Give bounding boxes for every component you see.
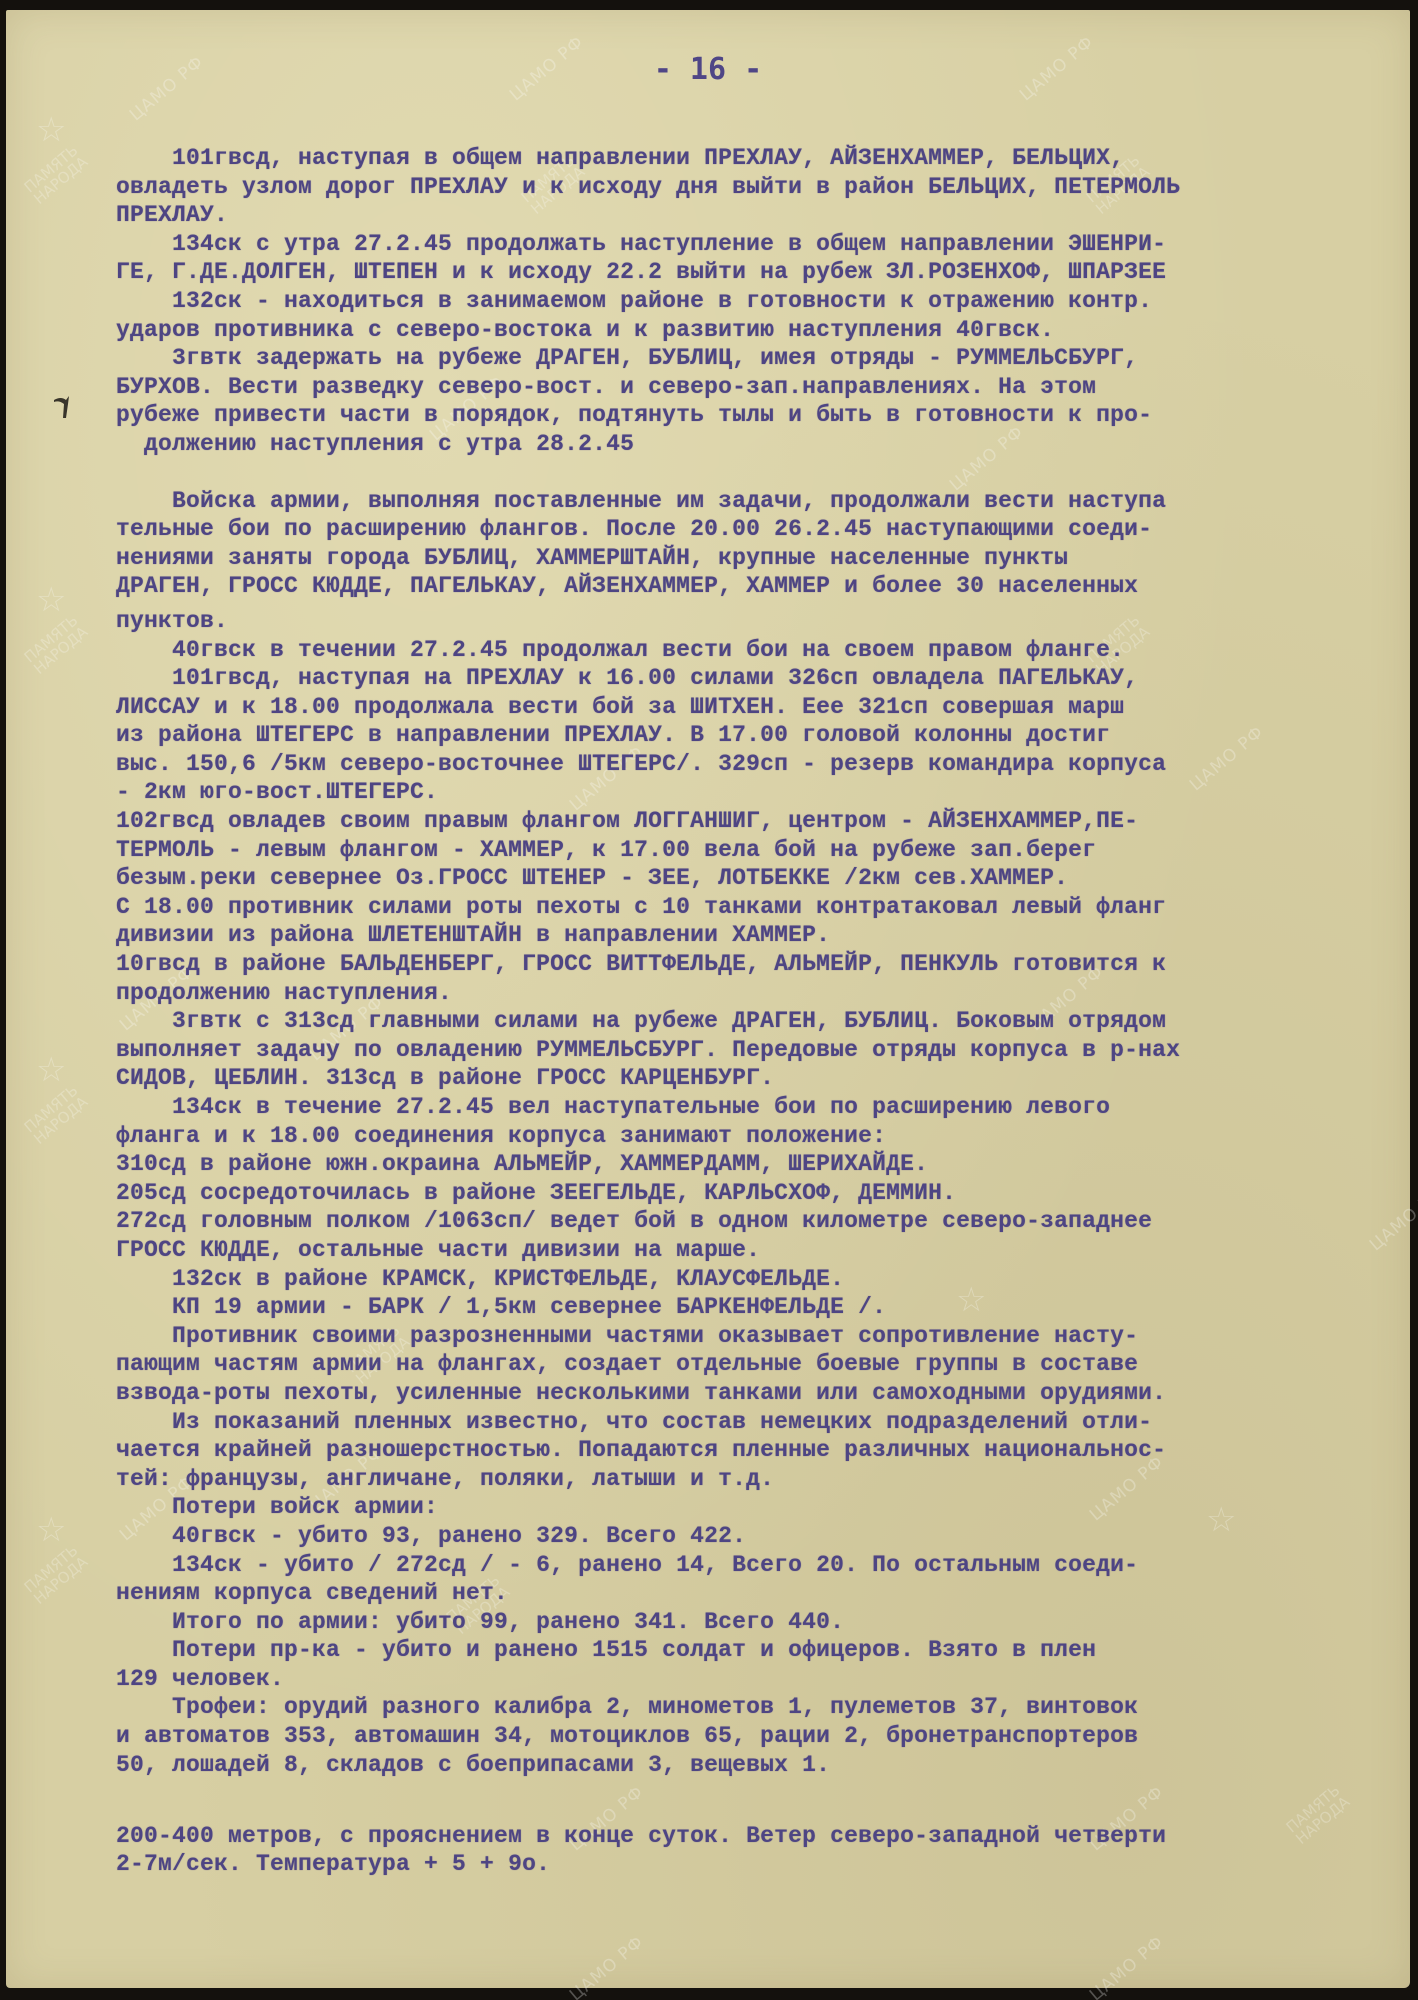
text-line: выполняет задачу по овладению РУММЕЛЬСБУ… — [116, 1036, 1416, 1065]
text-line: Потери войск армии: — [116, 1493, 1416, 1522]
text-line: 132ск - находиться в занимаемом районе в… — [116, 287, 1416, 316]
text-line: ГЕ, Г.ДЕ.ДОЛГЕН, ШТЕПЕН и к исходу 22.2 … — [116, 258, 1416, 287]
watermark-pamyat: ПАМЯТЬ НАРОДА — [22, 613, 91, 677]
text-line — [116, 1779, 1416, 1808]
text-line: ПРЕХЛАУ. — [116, 201, 1416, 230]
punch-hole-mark — [52, 394, 74, 420]
star-watermark-icon: ☆ — [36, 580, 66, 620]
star-watermark-icon: ☆ — [36, 1050, 66, 1090]
text-line: 132ск в районе КРАМСК, КРИСТФЕЛЬДЕ, КЛАУ… — [116, 1265, 1416, 1294]
text-line: выс. 150,6 /5км северо-восточнее ШТЕГЕРС… — [116, 750, 1416, 779]
text-line: Трофеи: орудий разного калибра 2, миноме… — [116, 1693, 1416, 1722]
text-line: 40гвск в течении 27.2.45 продолжал вести… — [116, 636, 1416, 665]
text-line: тельные бои по расширению флангов. После… — [116, 515, 1416, 544]
text-line: Итого по армии: убито 99, ранено 341. Вс… — [116, 1608, 1416, 1637]
text-line: 272сд головным полком /1063сп/ ведет бой… — [116, 1207, 1416, 1236]
star-watermark-icon: ☆ — [36, 1510, 66, 1550]
text-line: 3гвтк с 313сд главными силами на рубеже … — [116, 1007, 1416, 1036]
text-line: нениям корпуса сведений нет. — [116, 1579, 1416, 1608]
text-line: рубеже привести части в порядок, подтяну… — [116, 401, 1416, 430]
text-line: пающим частям армии на флангах, создает … — [116, 1350, 1416, 1379]
text-line: нениями заняты города БУБЛИЦ, ХАММЕРШТАЙ… — [116, 544, 1416, 573]
watermark-camo: ЦАМО РФ — [1086, 1932, 1168, 2000]
watermark-pamyat: ПАМЯТЬ НАРОДА — [22, 143, 91, 207]
text-line: 134ск в течение 27.2.45 вел наступательн… — [116, 1093, 1416, 1122]
text-line: 40гвск - убито 93, ранено 329. Всего 422… — [116, 1522, 1416, 1551]
text-line: ударов противника с северо-востока и к р… — [116, 316, 1416, 345]
watermark-camo: ЦАМО РФ — [566, 1932, 648, 2000]
text-line: ДРАГЕН, ГРОСС КЮДДЕ, ПАГЕЛЬКАУ, АЙЗЕНХАМ… — [116, 572, 1416, 601]
text-line: безым.реки севернее Оз.ГРОСС ШТЕНЕР - ЗЕ… — [116, 864, 1416, 893]
page-number: - 16 - — [6, 52, 1410, 87]
text-line: тей: французы, англичане, поляки, латыши… — [116, 1465, 1416, 1494]
text-line: чается крайней разношерстностью. Попадаю… — [116, 1436, 1416, 1465]
text-line: 10гвсд в районе БАЛЬДЕНБЕРГ, ГРОСС ВИТТФ… — [116, 950, 1416, 979]
text-line: 205сд сосредоточилась в районе ЗЕЕГЕЛЬДЕ… — [116, 1179, 1416, 1208]
text-line: дивизии из района ШЛЕТЕНШТАЙН в направле… — [116, 921, 1416, 950]
text-line: должению наступления с утра 28.2.45 — [116, 430, 1416, 459]
text-line: пунктов. — [116, 607, 1416, 636]
text-line: Потери пр-ка - убито и ранено 1515 солда… — [116, 1636, 1416, 1665]
text-line: 134ск с утра 27.2.45 продолжать наступле… — [116, 230, 1416, 259]
text-line: ГРОСС КЮДДЕ, остальные части дивизии на … — [116, 1236, 1416, 1265]
text-line: С 18.00 противник силами роты пехоты с 1… — [116, 893, 1416, 922]
text-line: 310сд в районе южн.окраина АЛЬМЕЙР, ХАММ… — [116, 1150, 1416, 1179]
text-line — [116, 1879, 1416, 1908]
star-watermark-icon: ☆ — [36, 110, 66, 150]
text-line: из района ШТЕГЕРС в направлении ПРЕХЛАУ.… — [116, 721, 1416, 750]
text-line: Войска армии, выполняя поставленные им з… — [116, 487, 1416, 516]
watermark-pamyat: ПАМЯТЬ НАРОДА — [22, 1543, 91, 1607]
text-line: 101гвсд, наступая на ПРЕХЛАУ к 16.00 сил… — [116, 664, 1416, 693]
text-line: 129 человек. — [116, 1665, 1416, 1694]
text-line: овладеть узлом дорог ПРЕХЛАУ и к исходу … — [116, 173, 1416, 202]
paragraph-gap — [116, 459, 1416, 487]
text-line: 101гвсд, наступая в общем направлении ПР… — [116, 144, 1416, 173]
text-line: Противник своими разрозненными частями о… — [116, 1322, 1416, 1351]
document-body: 101гвсд, наступая в общем направлении ПР… — [116, 144, 1416, 1908]
text-line: фланга и к 18.00 соединения корпуса зани… — [116, 1122, 1416, 1151]
watermark-pamyat: ПАМЯТЬ НАРОДА — [22, 1083, 91, 1147]
document-page: ЦАМО РФ ЦАМО РФ ЦАМО РФ ЦАМО РФ ЦАМО РФ … — [6, 10, 1410, 1988]
text-line: 50, лошадей 8, складов с боеприпасами 3,… — [116, 1751, 1416, 1780]
text-line: 102гвсд овладев своим правым флангом ЛОГ… — [116, 807, 1416, 836]
text-line: 200-400 метров, с прояснением в конце су… — [116, 1822, 1416, 1851]
text-line: продолжению наступления. — [116, 979, 1416, 1008]
text-line: СИДОВ, ЦЕБЛИН. 313сд в районе ГРОСС КАРЦ… — [116, 1064, 1416, 1093]
paragraph-gap — [116, 1808, 1416, 1822]
text-line: ЛИССАУ и к 18.00 продолжала вести бой за… — [116, 693, 1416, 722]
text-line: 2-7м/сек. Температура + 5 + 9о. — [116, 1850, 1416, 1879]
text-line: взвода-роты пехоты, усиленные нескольким… — [116, 1379, 1416, 1408]
text-line: Из показаний пленных известно, что соста… — [116, 1408, 1416, 1437]
text-line: - 2км юго-вост.ШТЕГЕРС. — [116, 778, 1416, 807]
text-line: КП 19 армии - БАРК / 1,5км севернее БАРК… — [116, 1293, 1416, 1322]
text-line: 3гвтк задержать на рубеже ДРАГЕН, БУБЛИЦ… — [116, 344, 1416, 373]
text-line: БУРХОВ. Вести разведку северо-вост. и се… — [116, 373, 1416, 402]
text-line: и автоматов 353, автомашин 34, мотоцикло… — [116, 1722, 1416, 1751]
text-line: ТЕРМОЛЬ - левым флангом - ХАММЕР, к 17.0… — [116, 836, 1416, 865]
text-line: 134ск - убито / 272сд / - 6, ранено 14, … — [116, 1551, 1416, 1580]
